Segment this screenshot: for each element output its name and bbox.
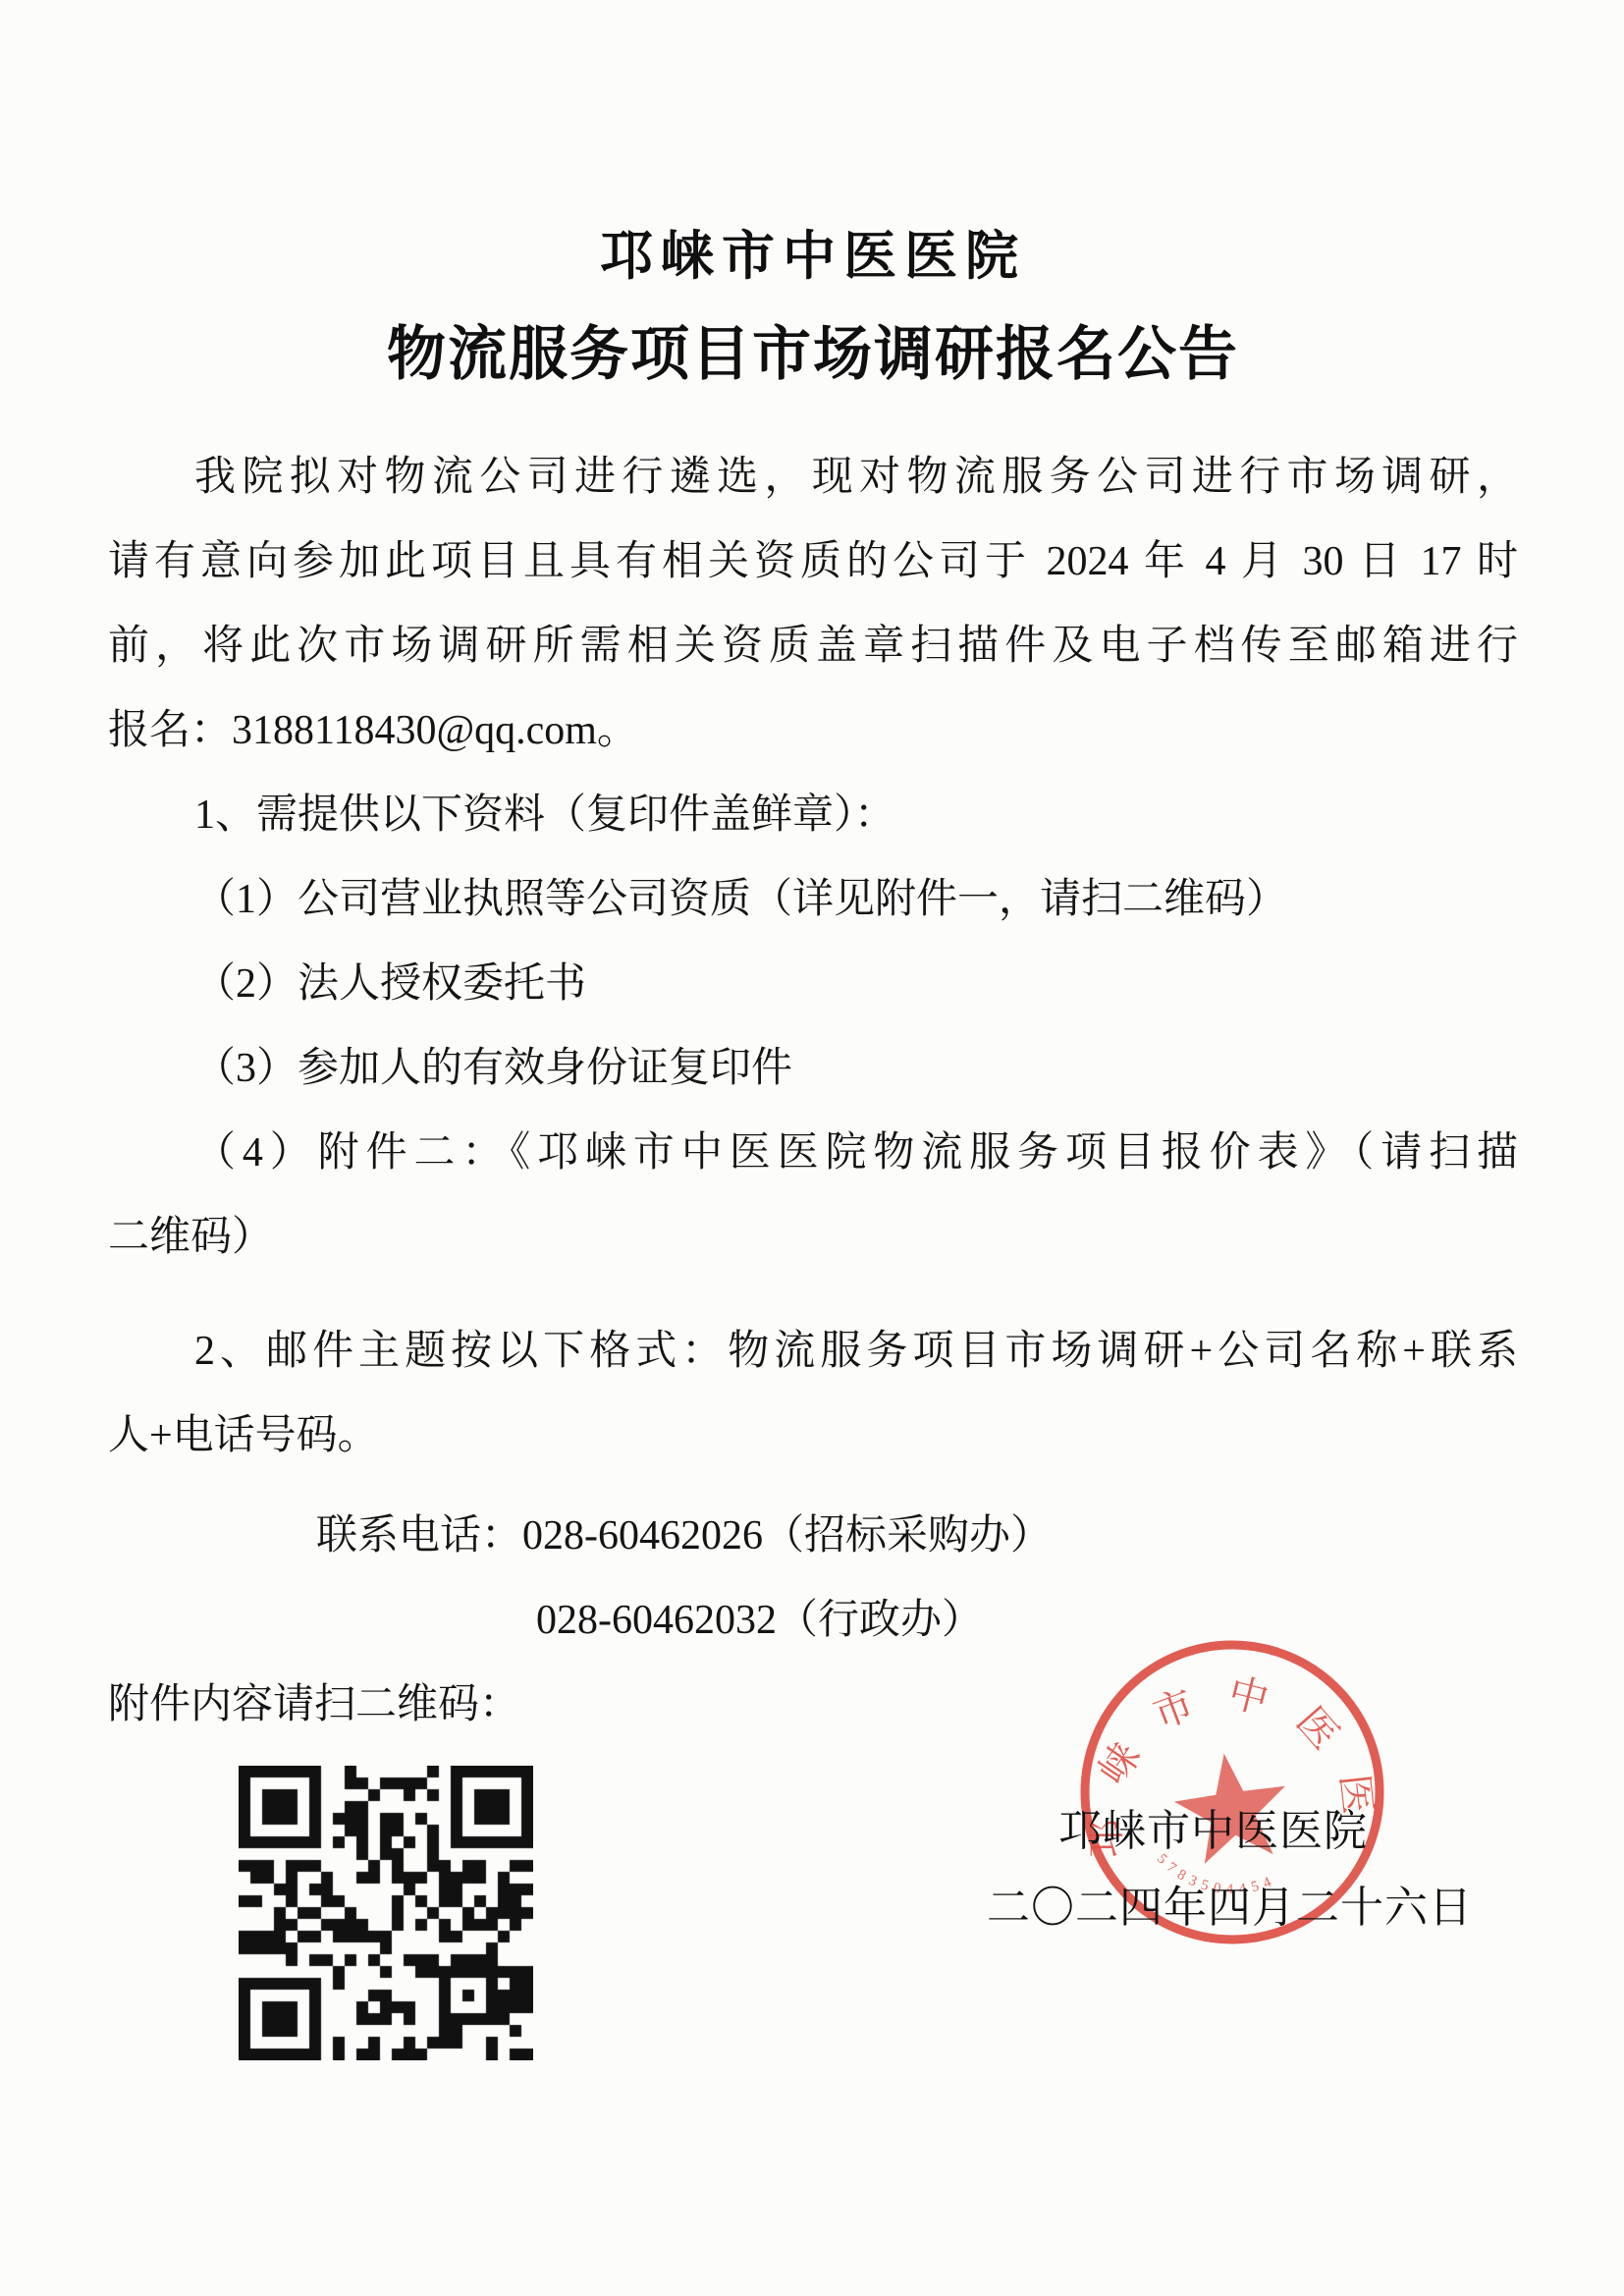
body-line: 二维码） [108,1195,1518,1280]
document-body: 邛崃市中医医院 物流服务项目市场调研报名公告 我院拟对物流公司进行遴选，现对物流… [108,214,1518,1747]
body-line: 1、需提供以下资料（复印件盖鲜章）： [108,773,1518,857]
body-line: 前，将此次市场调研所需相关资质盖章扫描件及电子档传至邮箱进行 [108,604,1518,688]
paragraphs: 我院拟对物流公司进行遴选，现对物流服务公司进行市场调研， 请有意向参加此项目且具… [108,435,1518,1747]
body-line: （1）公司营业执照等公司资质（详见附件一，请扫二维码） [108,857,1518,942]
signature-date: 二〇二四年四月二十六日 [987,1872,1473,1935]
body-line-email: 报名：3188118430@qq.com。 [108,688,1518,773]
page-subtitle: 物流服务项目市场调研报名公告 [108,307,1518,392]
page-title: 邛崃市中医医院 [108,214,1518,290]
body-line: 人+电话号码。 [108,1394,1518,1478]
body-line: （3）参加人的有效身份证复印件 [108,1026,1518,1111]
body-line: 请有意向参加此项目且具有相关资质的公司于 2024 年 4 月 30 日 17 … [108,519,1518,604]
scanned-announcement-page: 邛崃市中医医院 物流服务项目市场调研报名公告 我院拟对物流公司进行遴选，现对物流… [0,0,1624,2296]
body-line: （2）法人授权委托书 [108,942,1518,1026]
attachment-qr-code [239,1766,533,2060]
body-line: 我院拟对物流公司进行遴选，现对物流服务公司进行市场调研， [108,435,1518,519]
body-line: （4）附件二：《邛崃市中医医院物流服务项目报价表》（请扫描 [108,1111,1518,1195]
contact-phone-line: 联系电话：028-60462026（招标采购办） [108,1494,1518,1578]
body-line: 2、邮件主题按以下格式：物流服务项目市场调研+公司名称+联系 [108,1309,1518,1394]
signature-org: 邛崃市中医医院 [1058,1795,1368,1858]
